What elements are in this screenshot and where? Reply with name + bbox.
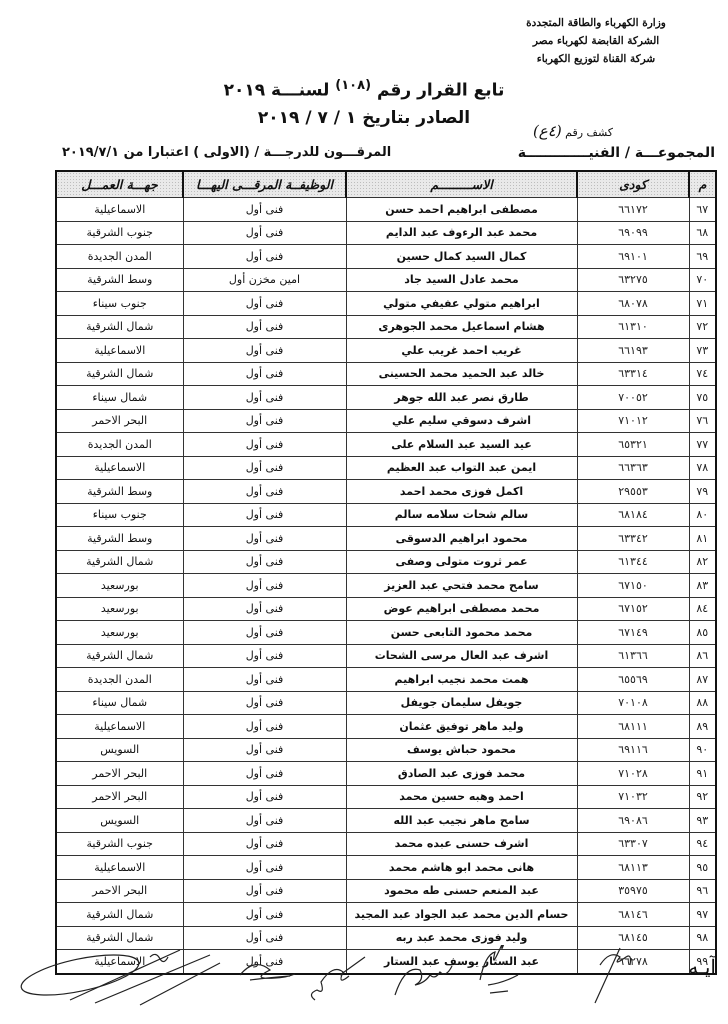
employee-name: اشرف عبد العال مرسى الشحات <box>346 644 577 668</box>
promoted-job: فنى أول <box>183 221 346 245</box>
promoted-job: فنى أول <box>183 245 346 269</box>
employee-name: محمد عادل السيد جاد <box>346 268 577 292</box>
work-site: الاسماعيلية <box>56 856 183 880</box>
column-header-job: الوظيفــة المرقـــى اليهـــا <box>183 171 346 198</box>
group-line: المجموعـــة / الفنيـــــــــــــة <box>518 145 715 161</box>
work-site: المدن الجديدة <box>56 668 183 692</box>
employee-name: عيد السيد عبد السلام على <box>346 433 577 457</box>
table-row: ٩٥٦٨١١٣هانى محمد ابو هاشم محمدفنى أولالا… <box>56 856 716 880</box>
employee-name: جويفل سليمان جويفل <box>346 691 577 715</box>
table-row: ٨٥٦٧١٤٩محمد محمود التابعى حسنفنى أولبورس… <box>56 621 716 645</box>
table-row: ٧١٦٨٠٧٨ابراهيم متولي عفيفي متوليفنى أولج… <box>56 292 716 316</box>
employee-code: ٦٨١١١ <box>577 715 689 739</box>
employee-name: سامح ماهر نجيب عبد الله <box>346 809 577 833</box>
row-index: ٩٠ <box>689 738 716 762</box>
employee-name: هانى محمد ابو هاشم محمد <box>346 856 577 880</box>
work-site: شمال الشرقية <box>56 550 183 574</box>
row-index: ٨٩ <box>689 715 716 739</box>
table-row: ٨٦٦١٣٦٦اشرف عبد العال مرسى الشحاتفنى أول… <box>56 644 716 668</box>
employee-code: ٦٧١٥٠ <box>577 574 689 598</box>
table-row: ٨١٦٣٣٤٢محمود ابراهيم الدسوقىفنى أولوسط ا… <box>56 527 716 551</box>
employee-name: محمد مصطفى ابراهيم عوض <box>346 597 577 621</box>
table-row: ٩٢٧١٠٣٢احمد وهبه حسين محمدفنى أولالبحر ا… <box>56 785 716 809</box>
employee-code: ٦٨١٤٦ <box>577 903 689 927</box>
promoted-job: فنى أول <box>183 903 346 927</box>
promotion-line: المرقـــون للدرجـــة / (الاولى ) اعتبارا… <box>62 145 391 160</box>
promoted-job: فنى أول <box>183 785 346 809</box>
promoted-job: فنى أول <box>183 644 346 668</box>
table-header-row: م كودى الاســـــــــم الوظيفــة المرقـــ… <box>56 171 716 198</box>
decision-title-prefix: تابع القرار رقم <box>377 81 504 101</box>
row-index: ٧٧ <box>689 433 716 457</box>
promoted-job: فنى أول <box>183 597 346 621</box>
promoted-job: فنى أول <box>183 503 346 527</box>
issue-date-line: الصادر بتاريخ ١ / ٧ / ٢٠١٩ <box>0 108 728 128</box>
distribution-company-line: شركة القناة لتوزيع الكهرباء <box>486 50 706 68</box>
table-row: ٨٠٦٨١٨٤سالم شحات سلامه سالمفنى أولجنوب س… <box>56 503 716 527</box>
sheet-label: كشف رقم <box>565 126 613 139</box>
ministry-header: وزارة الكهرباء والطاقة المتجددة الشركة ا… <box>486 14 706 68</box>
row-index: ٨٨ <box>689 691 716 715</box>
signature-scribbles-icon <box>18 945 631 1005</box>
work-site: بورسعيد <box>56 621 183 645</box>
employee-code: ٦٧١٥٢ <box>577 597 689 621</box>
employee-code: ٦٦١٧٢ <box>577 198 689 222</box>
work-site: السويس <box>56 738 183 762</box>
promoted-job: فنى أول <box>183 762 346 786</box>
table-row: ٧٩٢٩٥٥٣اكمل فوزى محمد احمدفنى أولوسط الش… <box>56 480 716 504</box>
promoted-job: فنى أول <box>183 738 346 762</box>
promoted-job: فنى أول <box>183 668 346 692</box>
employee-code: ٦٧١٤٩ <box>577 621 689 645</box>
table-row: ٦٨٦٩٠٩٩محمد عبد الرءوف عبد الدايمفنى أول… <box>56 221 716 245</box>
employee-code: ٦٥٣٢١ <box>577 433 689 457</box>
promoted-job: فنى أول <box>183 456 346 480</box>
row-index: ٧٨ <box>689 456 716 480</box>
employee-code: ٦٩٠٩٩ <box>577 221 689 245</box>
work-site: شمال سيناء <box>56 691 183 715</box>
promoted-job: فنى أول <box>183 480 346 504</box>
decision-title-suffix: لسنـــة ٢٠١٩ <box>224 81 330 101</box>
employee-name: حسام الدين محمد عبد الجواد عبد المجيد <box>346 903 577 927</box>
row-index: ٩١ <box>689 762 716 786</box>
table-row: ٧٦٧١٠١٢اشرف دسوقي سليم عليفنى أولالبحر ا… <box>56 409 716 433</box>
table-body: ٦٧٦٦١٧٢مصطفى ابراهيم احمد حسنفنى أولالاس… <box>56 198 716 974</box>
work-site: المدن الجديدة <box>56 433 183 457</box>
employee-code: ٦٨١٨٤ <box>577 503 689 527</box>
table-row: ٩١٧١٠٢٨محمد فوزى عبد الصادقفنى أولالبحر … <box>56 762 716 786</box>
work-site: شمال الشرقية <box>56 362 183 386</box>
work-site: جنوب سيناء <box>56 503 183 527</box>
row-index: ٨٤ <box>689 597 716 621</box>
work-site: الاسماعيلية <box>56 198 183 222</box>
employee-name: محمود حباش يوسف <box>346 738 577 762</box>
row-index: ٧٤ <box>689 362 716 386</box>
employee-name: طارق نصر عبد الله جوهر <box>346 386 577 410</box>
holding-company-line: الشركة القابضة لكهرباء مصر <box>486 32 706 50</box>
employee-code: ٧٠٠٥٢ <box>577 386 689 410</box>
employee-code: ٦٨٠٧٨ <box>577 292 689 316</box>
row-index: ٧٦ <box>689 409 716 433</box>
employee-name: وليد ماهر توفيق عثمان <box>346 715 577 739</box>
table-row: ٩٦٣٥٩٧٥عبد المنعم حسنى طه محمودفنى أولال… <box>56 879 716 903</box>
work-site: جنوب الشرقية <box>56 221 183 245</box>
work-site: المدن الجديدة <box>56 245 183 269</box>
employee-name: همت محمد نجيب ابراهيم <box>346 668 577 692</box>
promoted-job: فنى أول <box>183 198 346 222</box>
promoted-job: فنى أول <box>183 362 346 386</box>
work-site: البحر الاحمر <box>56 762 183 786</box>
table-row: ٦٩٦٩١٠١كمال السيد كمال حسينفنى أولالمدن … <box>56 245 716 269</box>
work-site: البحر الاحمر <box>56 785 183 809</box>
employee-code: ٦٥٥٦٩ <box>577 668 689 692</box>
employee-name: عمر ثروت متولى وصفى <box>346 550 577 574</box>
row-index: ٨٥ <box>689 621 716 645</box>
work-site: شمال سيناء <box>56 386 183 410</box>
table-row: ٦٧٦٦١٧٢مصطفى ابراهيم احمد حسنفنى أولالاس… <box>56 198 716 222</box>
table-row: ٨٨٧٠١٠٨جويفل سليمان جويفلفنى أولشمال سين… <box>56 691 716 715</box>
employee-name: اكمل فوزى محمد احمد <box>346 480 577 504</box>
row-index: ٧٠ <box>689 268 716 292</box>
work-site: وسط الشرقية <box>56 480 183 504</box>
work-site: الاسماعيلية <box>56 715 183 739</box>
employee-name: احمد وهبه حسين محمد <box>346 785 577 809</box>
table-row: ٨٧٦٥٥٦٩همت محمد نجيب ابراهيمفنى أولالمدن… <box>56 668 716 692</box>
work-site: الاسماعيلية <box>56 456 183 480</box>
employee-name: ابراهيم متولي عفيفي متولي <box>346 292 577 316</box>
promoted-job: فنى أول <box>183 809 346 833</box>
employee-name: كمال السيد كمال حسين <box>346 245 577 269</box>
work-site: البحر الاحمر <box>56 409 183 433</box>
employee-code: ٣٥٩٧٥ <box>577 879 689 903</box>
row-index: ٨٠ <box>689 503 716 527</box>
column-header-name: الاســـــــــم <box>346 171 577 198</box>
decision-number: (١٠٨) <box>335 78 371 93</box>
employee-code: ٦٩٠٨٦ <box>577 809 689 833</box>
row-index: ٨٧ <box>689 668 716 692</box>
promoted-job: فنى أول <box>183 832 346 856</box>
row-index: ٨٦ <box>689 644 716 668</box>
work-site: السويس <box>56 809 183 833</box>
row-index: ٨٣ <box>689 574 716 598</box>
signature-label: آيـه <box>688 955 716 979</box>
employee-name: خالد عبد الحميد محمد الحسينى <box>346 362 577 386</box>
promoted-job: فنى أول <box>183 527 346 551</box>
sheet-number: (٤ع) <box>533 122 562 140</box>
promoted-job: فنى أول <box>183 315 346 339</box>
promoted-job: فنى أول <box>183 292 346 316</box>
promotions-table: م كودى الاســـــــــم الوظيفــة المرقـــ… <box>55 170 717 975</box>
work-site: وسط الشرقية <box>56 527 183 551</box>
promoted-job: فنى أول <box>183 339 346 363</box>
row-index: ٨٢ <box>689 550 716 574</box>
table-row: ٧٤٦٣٣١٤خالد عبد الحميد محمد الحسينىفنى أ… <box>56 362 716 386</box>
table-row: ٨٣٦٧١٥٠سامح محمد فتحي عبد العزيزفنى أولب… <box>56 574 716 598</box>
table-row: ٧٥٧٠٠٥٢طارق نصر عبد الله جوهرفنى أولشمال… <box>56 386 716 410</box>
work-site: جنوب الشرقية <box>56 832 183 856</box>
employee-code: ٦٣٣١٤ <box>577 362 689 386</box>
table-row: ٨٤٦٧١٥٢محمد مصطفى ابراهيم عوضفنى أولبورس… <box>56 597 716 621</box>
employee-code: ٦٨١١٣ <box>577 856 689 880</box>
table-row: ٧٣٦٦١٩٣غريب احمد غريب عليفنى أولالاسماعي… <box>56 339 716 363</box>
promoted-job: فنى أول <box>183 386 346 410</box>
employee-code: ٦٦١٩٣ <box>577 339 689 363</box>
promoted-job: فنى أول <box>183 621 346 645</box>
row-index: ٧٢ <box>689 315 716 339</box>
row-index: ٩٦ <box>689 879 716 903</box>
promoted-job: فنى أول <box>183 856 346 880</box>
employee-code: ٦٩١١٦ <box>577 738 689 762</box>
table-row: ٨٩٦٨١١١وليد ماهر توفيق عثمانفنى أولالاسم… <box>56 715 716 739</box>
column-header-code: كودى <box>577 171 689 198</box>
row-index: ٧١ <box>689 292 716 316</box>
promoted-job: فنى أول <box>183 550 346 574</box>
employee-name: محمد عبد الرءوف عبد الدايم <box>346 221 577 245</box>
work-site: بورسعيد <box>56 574 183 598</box>
column-header-index: م <box>689 171 716 198</box>
employee-name: محمد محمود التابعى حسن <box>346 621 577 645</box>
employee-name: اشرف دسوقي سليم علي <box>346 409 577 433</box>
table-row: ٩٣٦٩٠٨٦سامح ماهر نجيب عبد اللهفنى أولالس… <box>56 809 716 833</box>
work-site: شمال الشرقية <box>56 903 183 927</box>
employee-name: ايمن عبد التواب عبد العظيم <box>346 456 577 480</box>
employee-name: محمد فوزى عبد الصادق <box>346 762 577 786</box>
employee-name: عبد المنعم حسنى طه محمود <box>346 879 577 903</box>
employee-name: مصطفى ابراهيم احمد حسن <box>346 198 577 222</box>
promoted-job: فنى أول <box>183 691 346 715</box>
row-index: ٧٥ <box>689 386 716 410</box>
employee-name: غريب احمد غريب علي <box>346 339 577 363</box>
ministry-line: وزارة الكهرباء والطاقة المتجددة <box>486 14 706 32</box>
employee-code: ٦١٣٦٦ <box>577 644 689 668</box>
promoted-job: فنى أول <box>183 879 346 903</box>
decision-title: تابع القرار رقم (١٠٨) لسنـــة ٢٠١٩ <box>0 78 728 101</box>
employee-code: ٦١٣٤٤ <box>577 550 689 574</box>
work-site: بورسعيد <box>56 597 183 621</box>
table-row: ٨٢٦١٣٤٤عمر ثروت متولى وصفىفنى أولشمال ال… <box>56 550 716 574</box>
promoted-job: فنى أول <box>183 574 346 598</box>
work-site: البحر الاحمر <box>56 879 183 903</box>
employee-name: اشرف حسنى عبده محمد <box>346 832 577 856</box>
table-row: ٩٠٦٩١١٦محمود حباش يوسففنى أولالسويس <box>56 738 716 762</box>
employee-code: ٧١٠١٢ <box>577 409 689 433</box>
row-index: ٩٥ <box>689 856 716 880</box>
work-site: جنوب سيناء <box>56 292 183 316</box>
employee-code: ٧١٠٣٢ <box>577 785 689 809</box>
row-index: ٦٨ <box>689 221 716 245</box>
table-row: ٧٠٦٣٢٧٥محمد عادل السيد جادامين مخزن أولو… <box>56 268 716 292</box>
employee-code: ٦١٣١٠ <box>577 315 689 339</box>
table-row: ٧٨٦٦٣٦٣ايمن عبد التواب عبد العظيمفنى أول… <box>56 456 716 480</box>
employee-code: ٦٦٣٦٣ <box>577 456 689 480</box>
employee-name: هشام اسماعيل محمد الجوهرى <box>346 315 577 339</box>
employee-name: سالم شحات سلامه سالم <box>346 503 577 527</box>
work-site: شمال الشرقية <box>56 315 183 339</box>
row-index: ٩٣ <box>689 809 716 833</box>
work-site: الاسماعيلية <box>56 339 183 363</box>
employee-code: ٧١٠٢٨ <box>577 762 689 786</box>
table-row: ٧٢٦١٣١٠هشام اسماعيل محمد الجوهرىفنى أولش… <box>56 315 716 339</box>
employee-code: ٦٣٣٠٧ <box>577 832 689 856</box>
row-index: ٧٩ <box>689 480 716 504</box>
table-row: ٩٧٦٨١٤٦حسام الدين محمد عبد الجواد عبد ال… <box>56 903 716 927</box>
column-header-site: جهـــة العمـــل <box>56 171 183 198</box>
row-index: ٨١ <box>689 527 716 551</box>
promoted-job: امين مخزن أول <box>183 268 346 292</box>
promoted-job: فنى أول <box>183 409 346 433</box>
table-row: ٧٧٦٥٣٢١عيد السيد عبد السلام علىفنى أولال… <box>56 433 716 457</box>
employee-code: ٦٣٢٧٥ <box>577 268 689 292</box>
signatures-area <box>0 945 728 1020</box>
employee-name: سامح محمد فتحي عبد العزيز <box>346 574 577 598</box>
row-index: ٩٧ <box>689 903 716 927</box>
employee-name: محمود ابراهيم الدسوقى <box>346 527 577 551</box>
employee-code: ٦٣٣٤٢ <box>577 527 689 551</box>
sheet-number-label: كشف رقم (٤ع) <box>533 122 613 140</box>
employee-code: ٧٠١٠٨ <box>577 691 689 715</box>
row-index: ٩٢ <box>689 785 716 809</box>
employee-code: ٢٩٥٥٣ <box>577 480 689 504</box>
row-index: ٦٧ <box>689 198 716 222</box>
table-row: ٩٤٦٣٣٠٧اشرف حسنى عبده محمدفنى أولجنوب ال… <box>56 832 716 856</box>
employee-code: ٦٩١٠١ <box>577 245 689 269</box>
row-index: ٧٣ <box>689 339 716 363</box>
promoted-job: فنى أول <box>183 715 346 739</box>
promoted-job: فنى أول <box>183 433 346 457</box>
row-index: ٦٩ <box>689 245 716 269</box>
work-site: شمال الشرقية <box>56 644 183 668</box>
row-index: ٩٤ <box>689 832 716 856</box>
work-site: وسط الشرقية <box>56 268 183 292</box>
